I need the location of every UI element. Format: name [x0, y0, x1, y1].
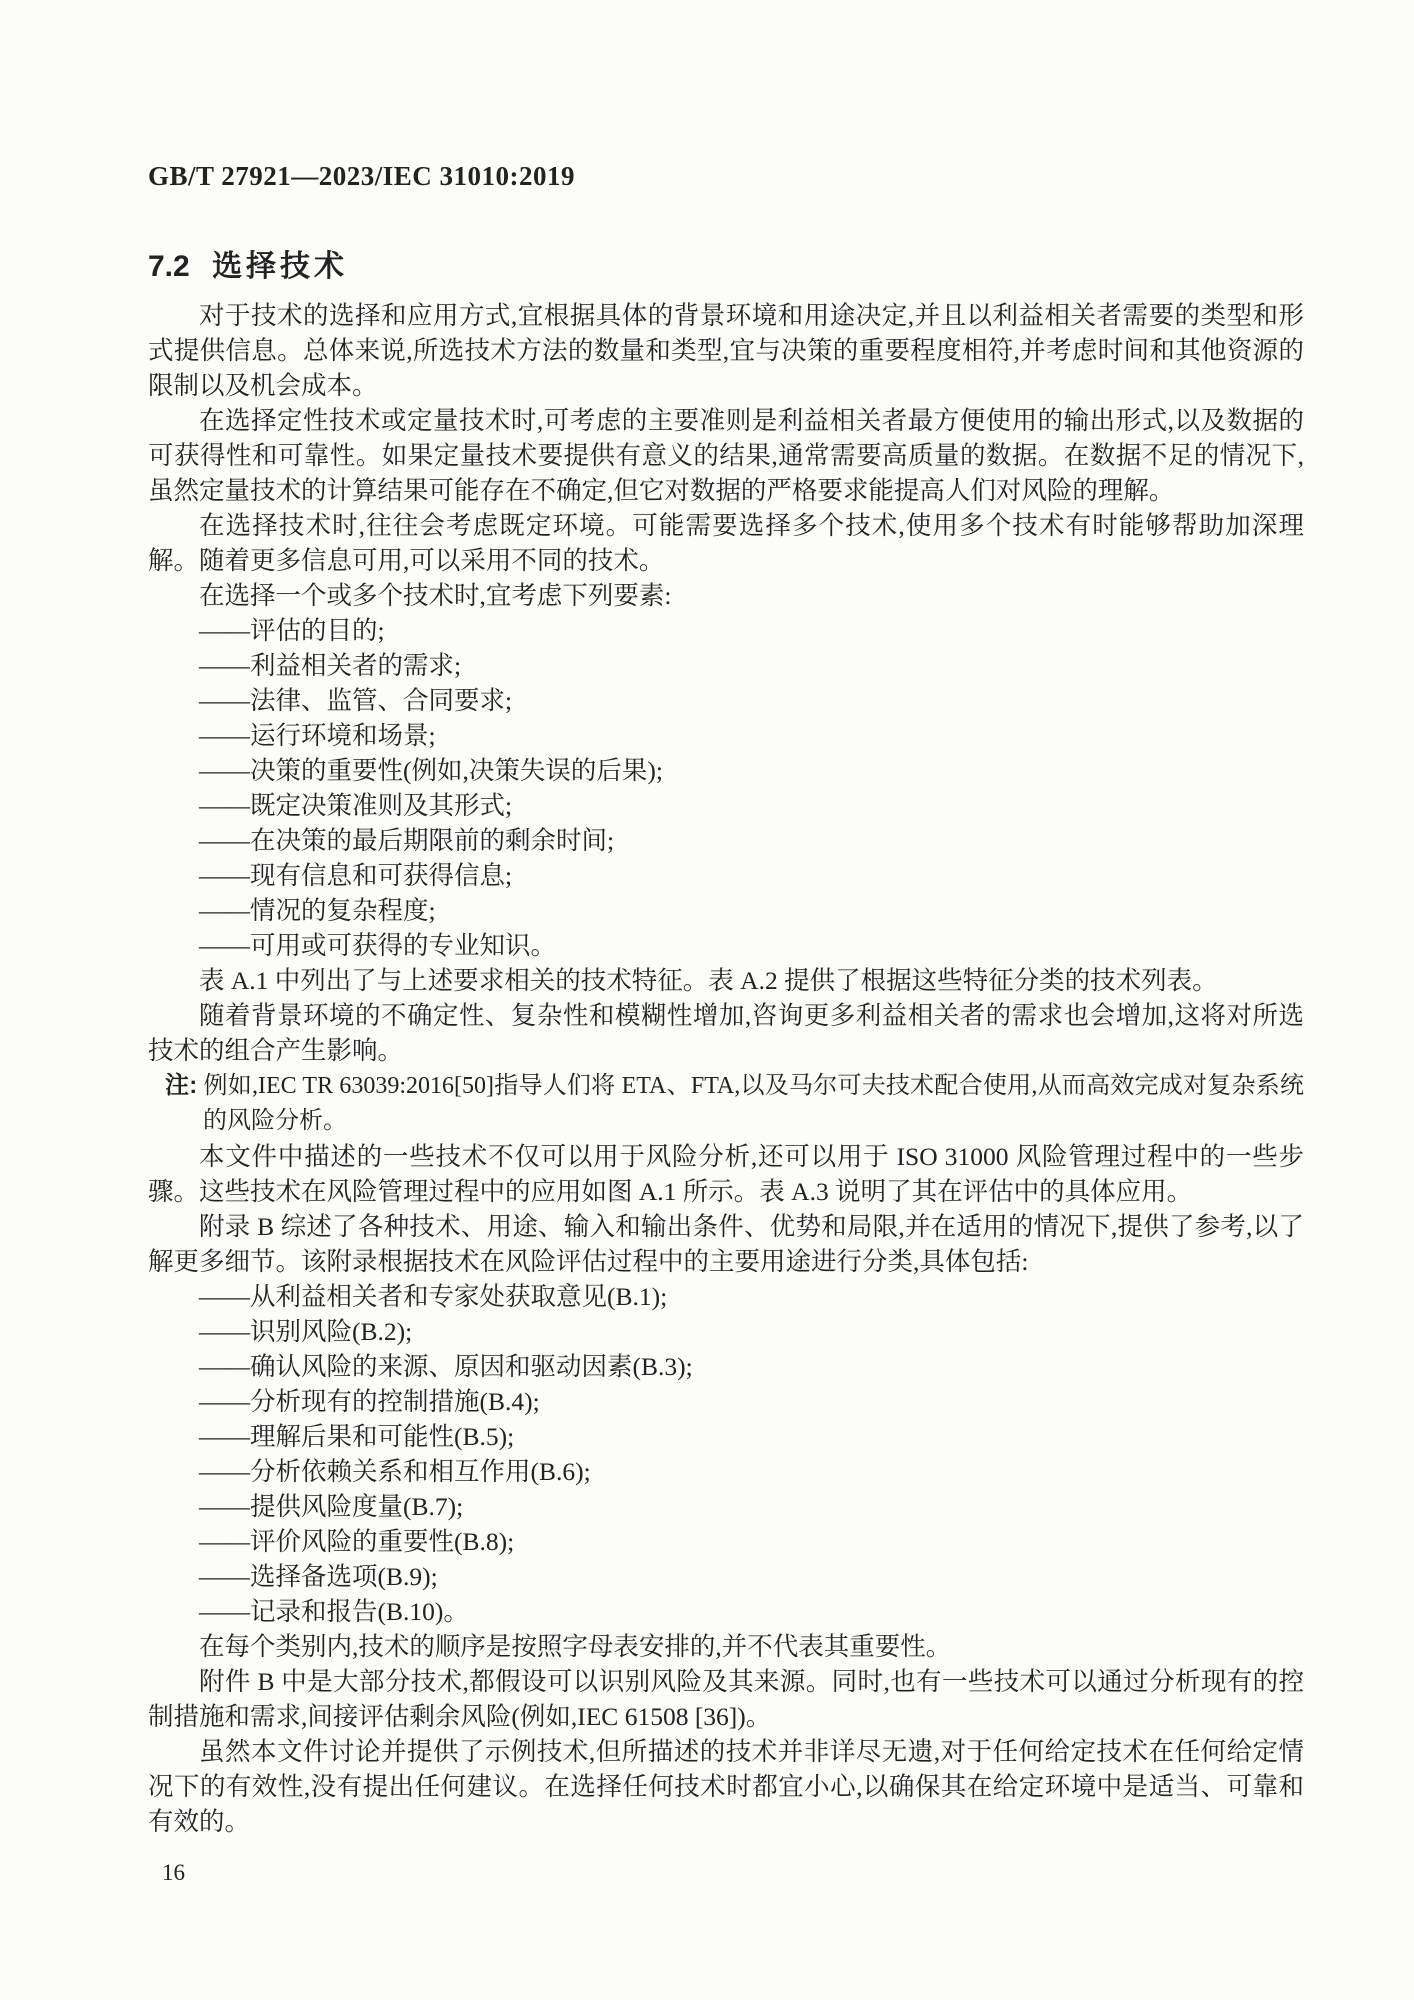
note-text: 例如,IEC TR 63039:2016[50]指导人们将 ETA、FTA,以及…	[203, 1073, 1304, 1134]
purpose-list-item: ——分析依赖关系和相互作用(B.6);	[148, 1454, 1304, 1489]
document-page: GB/T 27921—2023/IEC 31010:2019 7.2 选择技术 …	[0, 0, 1414, 2000]
factor-list-item: ——在决策的最后期限前的剩余时间;	[148, 823, 1304, 858]
paragraph-selection-basis: 对于技术的选择和应用方式,宜根据具体的背景环境和用途决定,并且以利益相关者需要的…	[148, 298, 1304, 403]
factor-list-item: ——法律、监管、合同要求;	[148, 683, 1304, 718]
factor-list-item: ——既定决策准则及其形式;	[148, 788, 1304, 823]
paragraph-uncertainty: 随着背景环境的不确定性、复杂性和模糊性增加,咨询更多利益相关者的需求也会增加,这…	[148, 998, 1304, 1068]
paragraph-caution: 虽然本文件讨论并提供了示例技术,但所描述的技术并非详尽无遗,对于任何给定技术在任…	[148, 1734, 1304, 1839]
purpose-list-item: ——确认风险的来源、原因和驱动因素(B.3);	[148, 1349, 1304, 1384]
body-text: 对于技术的选择和应用方式,宜根据具体的背景环境和用途决定,并且以利益相关者需要的…	[148, 298, 1304, 1839]
page-number: 16	[162, 1859, 1414, 1887]
section-number: 7.2	[148, 250, 190, 283]
purposes-list: ——从利益相关者和专家处获取意见(B.1); ——识别风险(B.2); ——确认…	[148, 1279, 1304, 1629]
running-header: GB/T 27921—2023/IEC 31010:2019	[148, 0, 1414, 193]
paragraph-residual-risk: 附件 B 中是大部分技术,都假设可以识别风险及其来源。同时,也有一些技术可以通过…	[148, 1664, 1304, 1734]
note: 注:例如,IEC TR 63039:2016[50]指导人们将 ETA、FTA,…	[148, 1068, 1304, 1139]
paragraph-qualitative-quantitative: 在选择定性技术或定量技术时,可考虑的主要准则是利益相关者最方便使用的输出形式,以…	[148, 403, 1304, 508]
factor-list-item: ——利益相关者的需求;	[148, 648, 1304, 683]
purpose-list-item: ——分析现有的控制措施(B.4);	[148, 1384, 1304, 1419]
factor-list-item: ——运行环境和场景;	[148, 718, 1304, 753]
paragraph-alphabetical-order: 在每个类别内,技术的顺序是按照字母表安排的,并不代表其重要性。	[148, 1629, 1304, 1664]
section-heading: 7.2 选择技术	[148, 249, 1414, 284]
purpose-list-item: ——选择备选项(B.9);	[148, 1559, 1304, 1594]
factor-list-item: ——现有信息和可获得信息;	[148, 858, 1304, 893]
factors-list: ——评估的目的; ——利益相关者的需求; ——法律、监管、合同要求; ——运行环…	[148, 613, 1304, 963]
purpose-list-item: ——识别风险(B.2);	[148, 1314, 1304, 1349]
purpose-list-item: ——从利益相关者和专家处获取意见(B.1);	[148, 1279, 1304, 1314]
paragraph-iso31000: 本文件中描述的一些技术不仅可以用于风险分析,还可以用于 ISO 31000 风险…	[148, 1139, 1304, 1209]
paragraph-annex-b: 附录 B 综述了各种技术、用途、输入和输出条件、优势和局限,并在适用的情况下,提…	[148, 1209, 1304, 1279]
purpose-list-item: ——提供风险度量(B.7);	[148, 1489, 1304, 1524]
paragraph-context: 在选择技术时,往往会考虑既定环境。可能需要选择多个技术,使用多个技术有时能够帮助…	[148, 508, 1304, 578]
paragraph-factors-lead: 在选择一个或多个技术时,宜考虑下列要素:	[148, 578, 1304, 613]
factor-list-item: ——可用或可获得的专业知识。	[148, 928, 1304, 963]
purpose-list-item: ——评价风险的重要性(B.8);	[148, 1524, 1304, 1559]
purpose-list-item: ——记录和报告(B.10)。	[148, 1594, 1304, 1629]
section-title: 选择技术	[212, 250, 348, 283]
factor-list-item: ——评估的目的;	[148, 613, 1304, 648]
factor-list-item: ——决策的重要性(例如,决策失误的后果);	[148, 753, 1304, 788]
note-label: 注:	[165, 1072, 197, 1099]
factor-list-item: ——情况的复杂程度;	[148, 893, 1304, 928]
paragraph-tables-reference: 表 A.1 中列出了与上述要求相关的技术特征。表 A.2 提供了根据这些特征分类…	[148, 963, 1304, 998]
purpose-list-item: ——理解后果和可能性(B.5);	[148, 1419, 1304, 1454]
